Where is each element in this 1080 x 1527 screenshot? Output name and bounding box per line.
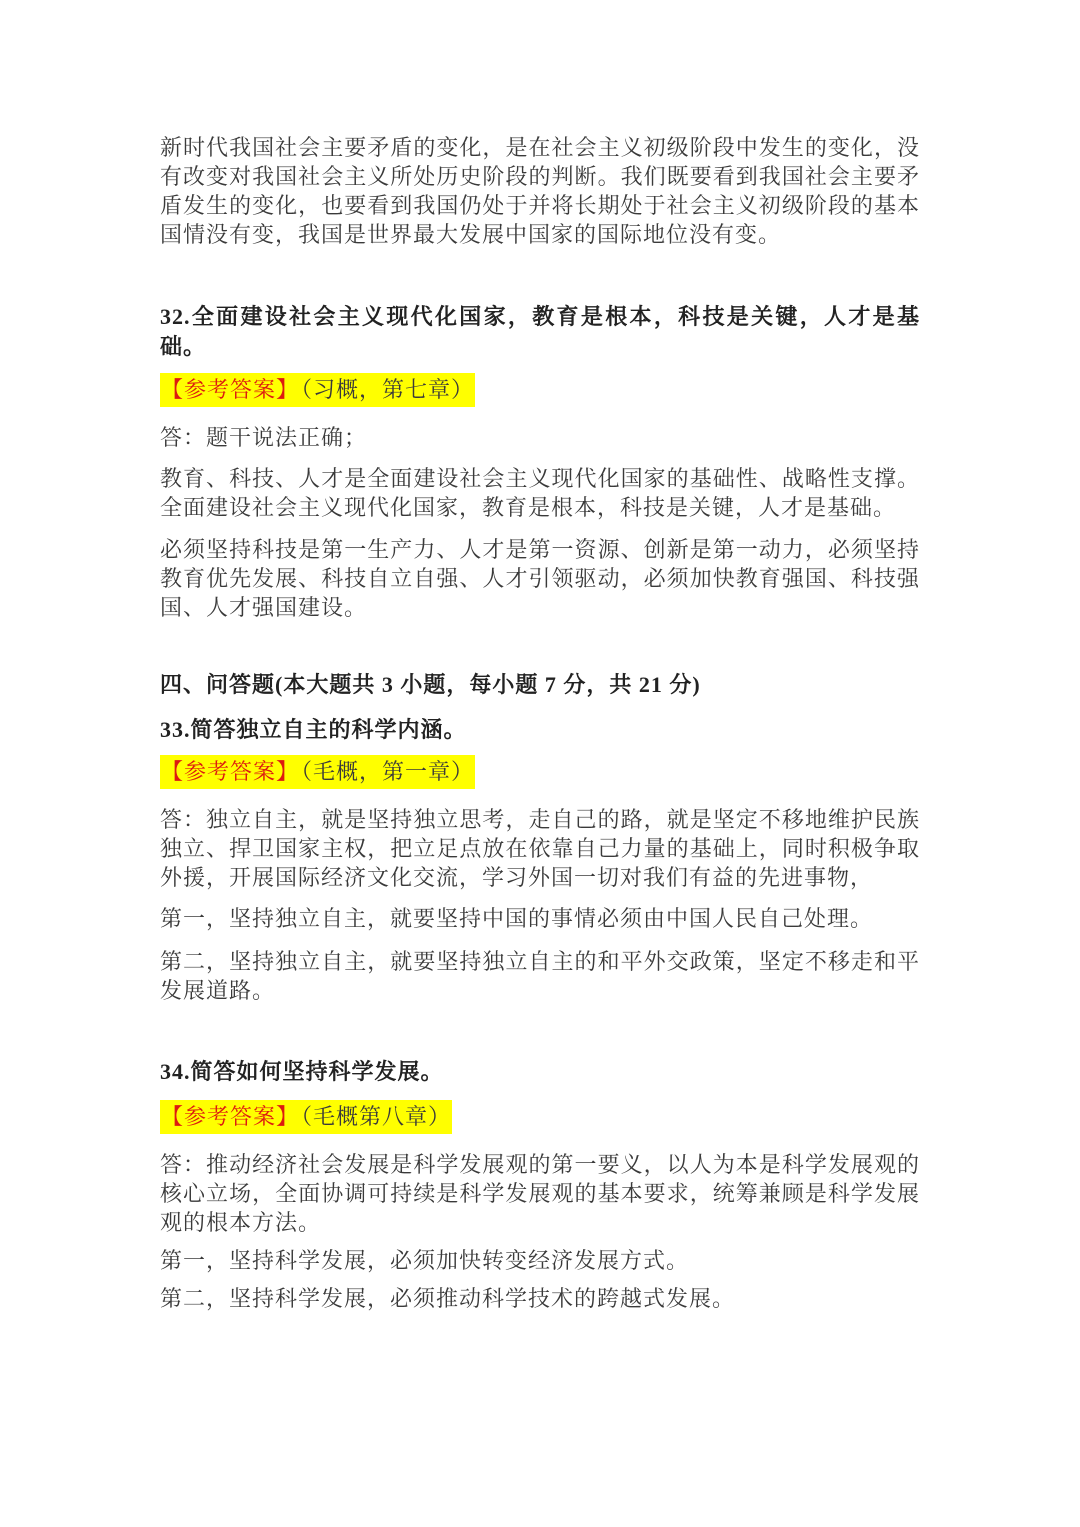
- q32-reference-answer-tag: 【参考答案】: [160, 373, 300, 407]
- q34-reference-source: （毛概第八章）: [300, 1100, 452, 1134]
- q33-reference-line: 【参考答案】（毛概，第一章）: [160, 756, 920, 788]
- question-32-heading: 32.全面建设社会主义现代化国家，教育是根本，科技是关键，人才是基础。: [160, 302, 920, 362]
- question-33-heading: 33.简答独立自主的科学内涵。: [160, 715, 920, 745]
- q33-reference-source: （毛概，第一章）: [300, 755, 475, 789]
- q33-answer-paragraph: 答：独立自主，就是坚持独立思考，走自己的路，就是坚定不移地维护民族独立、捍卫国家…: [160, 805, 920, 892]
- q33-answer-paragraph: 第一，坚持独立自主，就要坚持中国的事情必须由中国人民自己处理。: [160, 904, 920, 933]
- q32-answer-paragraph: 教育、科技、人才是全面建设社会主义现代化国家的基础性、战略性支撑。全面建设社会主…: [160, 464, 920, 522]
- q34-answer-paragraph: 第二，坚持科学发展，必须推动科学技术的跨越式发展。: [160, 1284, 920, 1313]
- q34-answer-paragraph: 第一，坚持科学发展，必须加快转变经济发展方式。: [160, 1246, 920, 1275]
- question-34-heading: 34.简答如何坚持科学发展。: [160, 1057, 920, 1087]
- q34-reference-line: 【参考答案】（毛概第八章）: [160, 1101, 920, 1133]
- q32-reference-line: 【参考答案】（习概，第七章）: [160, 374, 920, 406]
- q32-answer-paragraph: 必须坚持科技是第一生产力、人才是第一资源、创新是第一动力，必须坚持教育优先发展、…: [160, 535, 920, 622]
- section-4-heading: 四、问答题(本大题共 3 小题，每小题 7 分，共 21 分): [160, 670, 920, 700]
- q33-answer-paragraph: 第二，坚持独立自主，就要坚持独立自主的和平外交政策，坚定不移走和平发展道路。: [160, 947, 920, 1005]
- q32-reference-source: （习概，第七章）: [300, 373, 475, 407]
- q33-reference-answer-tag: 【参考答案】: [160, 755, 300, 789]
- q34-answer-paragraph: 答：推动经济社会发展是科学发展观的第一要义，以人为本是科学发展观的核心立场，全面…: [160, 1150, 920, 1237]
- intro-paragraph: 新时代我国社会主要矛盾的变化，是在社会主义初级阶段中发生的变化，没有改变对我国社…: [160, 133, 920, 249]
- q32-answer-paragraph: 答：题干说法正确；: [160, 423, 920, 452]
- document-page: 新时代我国社会主要矛盾的变化，是在社会主义初级阶段中发生的变化，没有改变对我国社…: [0, 0, 1080, 1527]
- q34-reference-answer-tag: 【参考答案】: [160, 1100, 300, 1134]
